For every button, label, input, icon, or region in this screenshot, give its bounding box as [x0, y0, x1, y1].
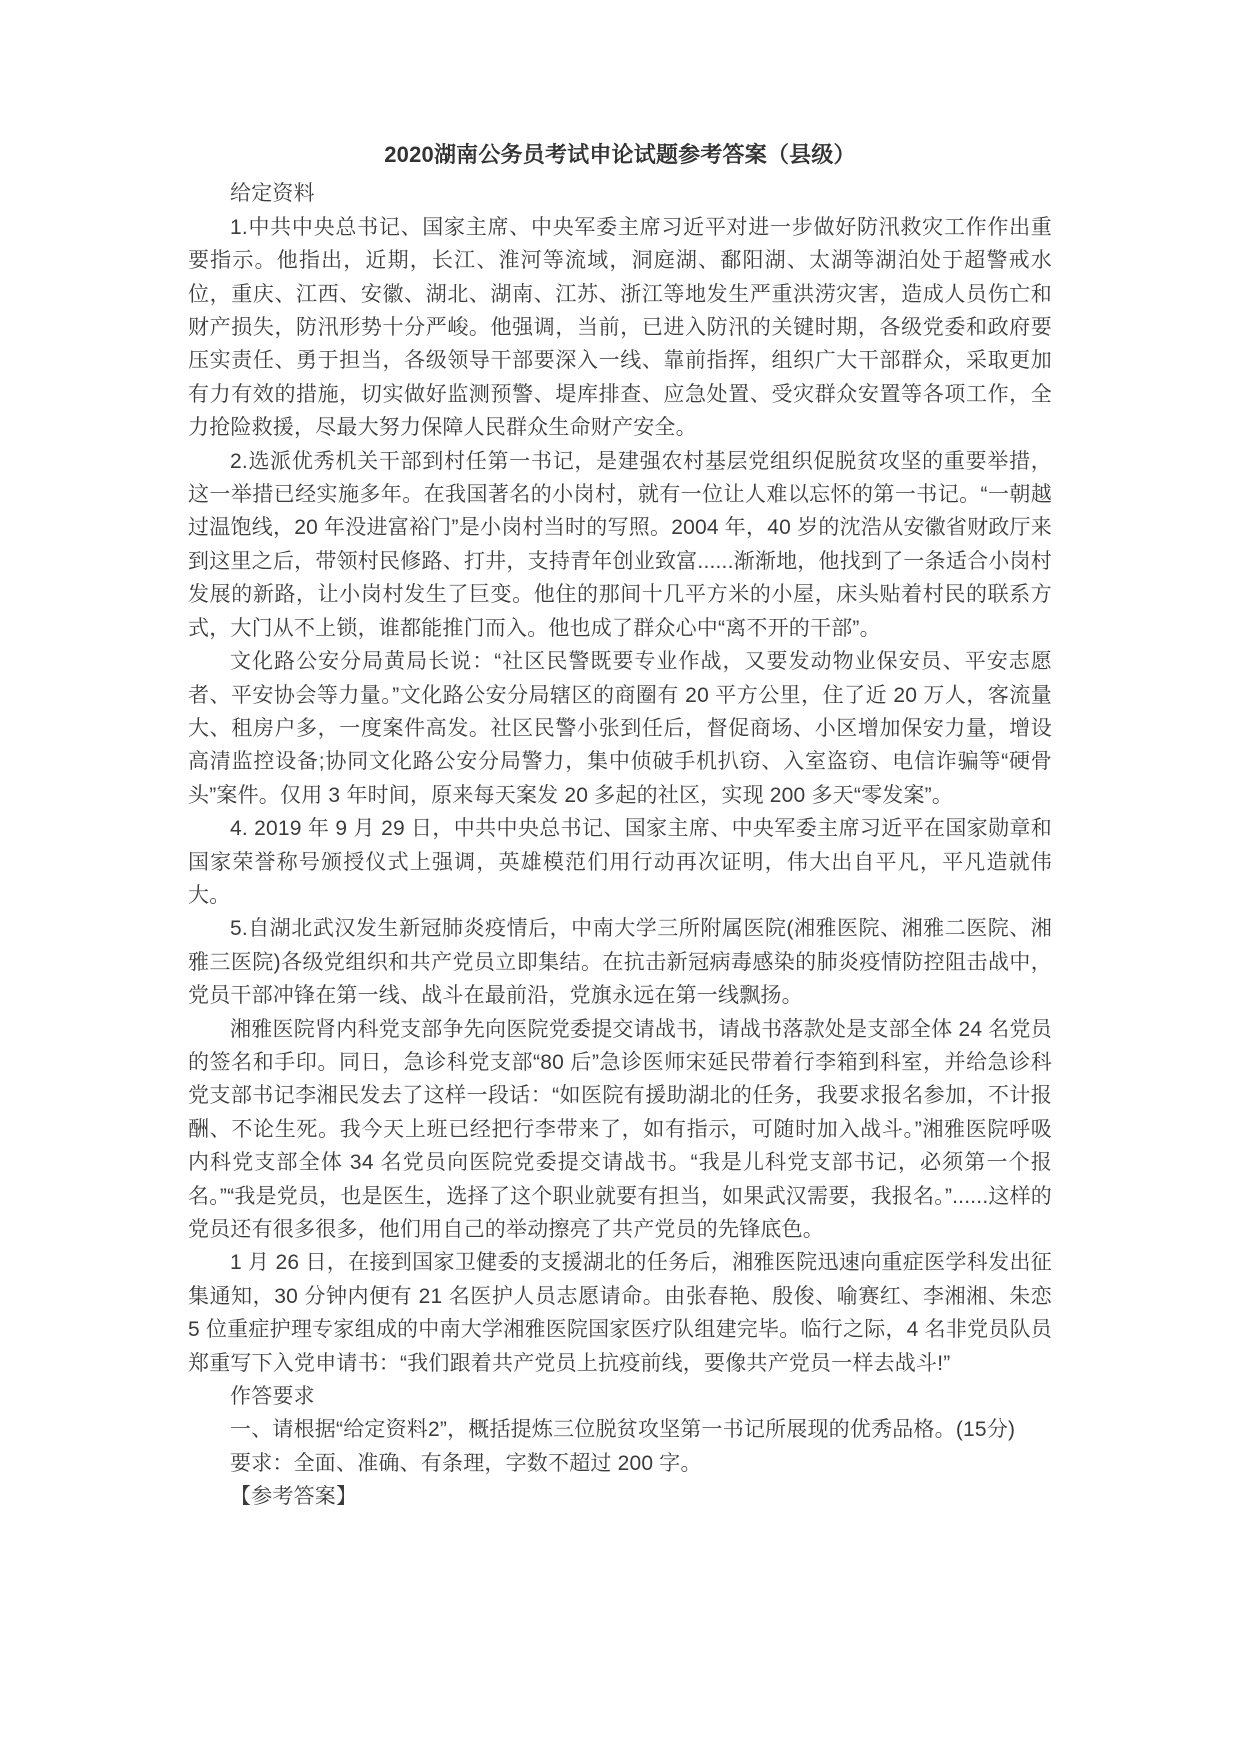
material-paragraph-7: 1 月 26 日，在接到国家卫健委的支援湖北的任务后，湘雅医院迅速向重症医学科发…: [188, 1246, 1052, 1380]
document-content: 2020湖南公务员考试申论试题参考答案（县级） 给定资料 1.中共中央总书记、国…: [0, 0, 1240, 1514]
material-paragraph-5: 5.自湖北武汉发生新冠肺炎疫情后，中南大学三所附属医院(湘雅医院、湘雅二医院、湘…: [188, 912, 1052, 1012]
section-label-given-materials: 给定资料: [188, 177, 1052, 210]
material-paragraph-1: 1.中共中央总书记、国家主席、中央军委主席习近平对进一步做好防汛救灾工作作出重要…: [188, 211, 1052, 445]
document-page: 2020湖南公务员考试申论试题参考答案（县级） 给定资料 1.中共中央总书记、国…: [0, 0, 1240, 1754]
material-paragraph-4: 4. 2019 年 9 月 29 日，中共中央总书记、国家主席、中央军委主席习近…: [188, 812, 1052, 912]
material-paragraph-3: 文化路公安分局黄局长说：“社区民警既要专业作战，又要发动物业保安员、平安志愿者、…: [188, 645, 1052, 812]
question-1-requirement: 要求：全面、准确、有条理，字数不超过 200 字。: [188, 1447, 1052, 1480]
material-paragraph-6: 湘雅医院肾内科党支部争先向医院党委提交请战书，请战书落款处是支部全体 24 名党…: [188, 1013, 1052, 1247]
material-paragraph-2: 2.选派优秀机关干部到村任第一书记，是建强农村基层党组织促脱贫攻坚的重要举措，这…: [188, 445, 1052, 645]
page-title: 2020湖南公务员考试申论试题参考答案（县级）: [188, 138, 1052, 171]
answer-label: 【参考答案】: [188, 1480, 1052, 1513]
question-1-text: 一、请根据“给定资料2”，概括提炼三位脱贫攻坚第一书记所展现的优秀品格。(15分…: [188, 1413, 1052, 1446]
section-label-requirements: 作答要求: [188, 1380, 1052, 1413]
